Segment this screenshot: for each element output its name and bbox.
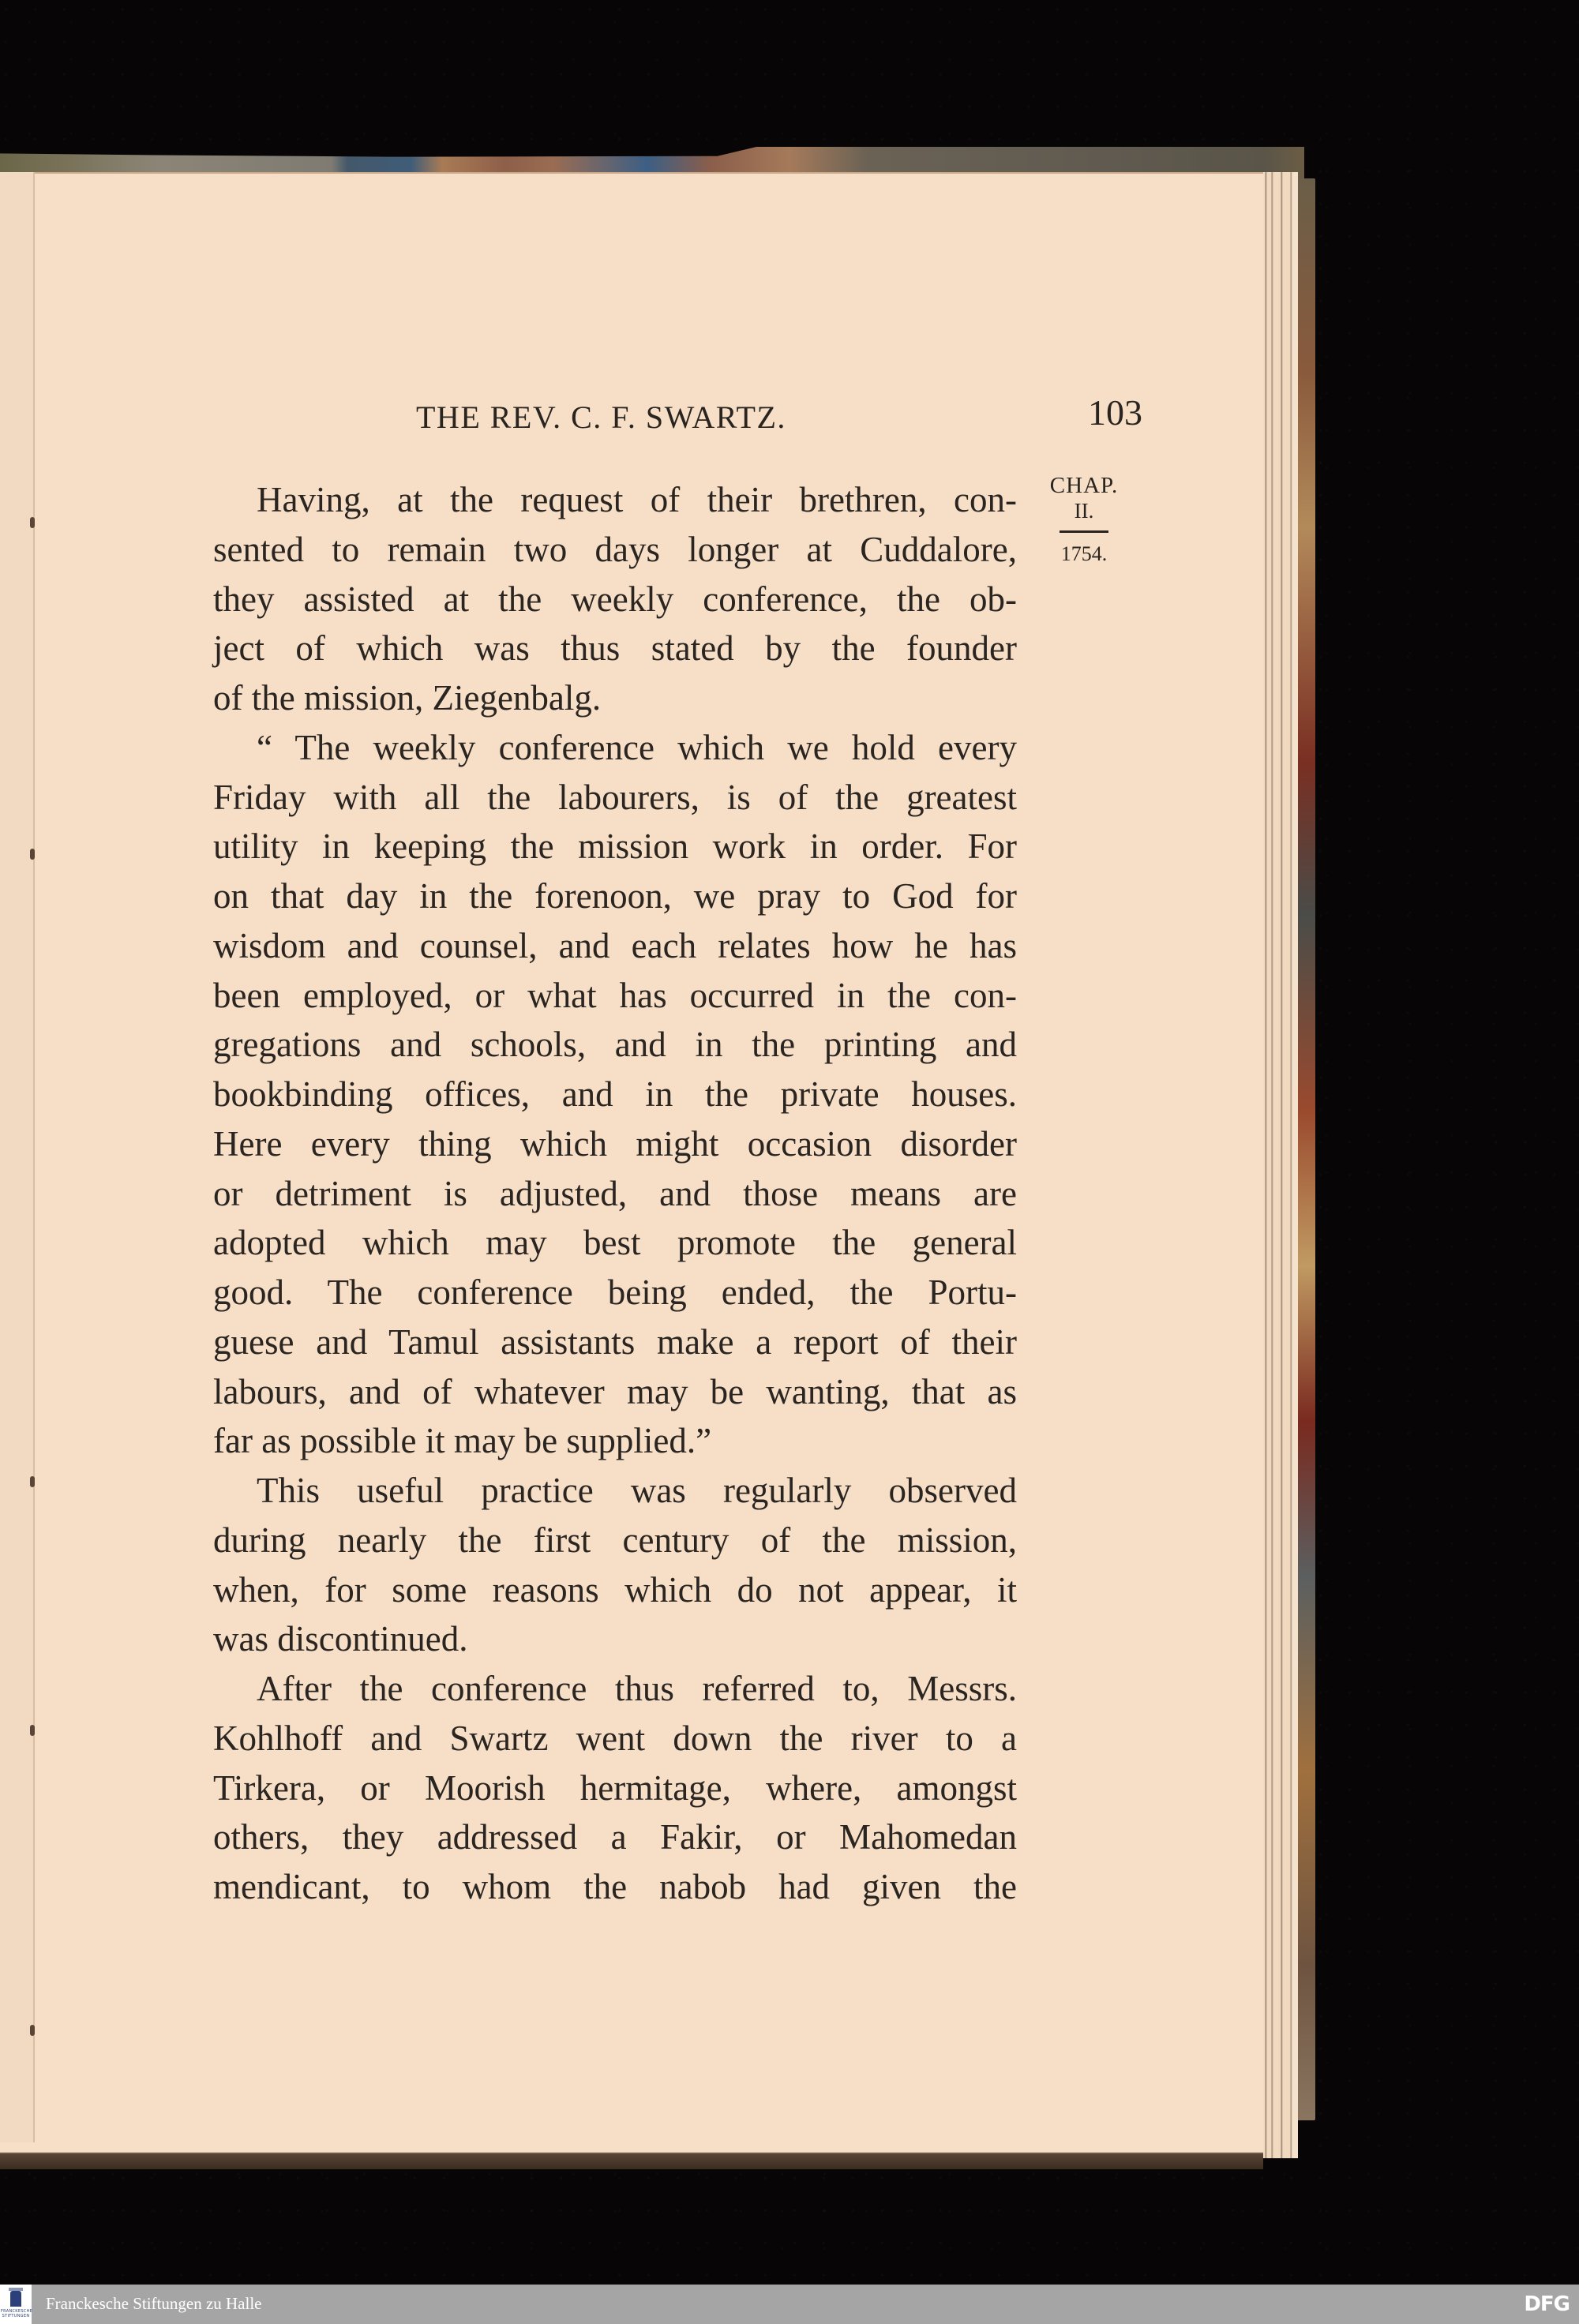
text-line: adopted which may best promote the gener… [213,1218,1017,1268]
page-stack-edges [1260,172,1298,2158]
text-line: far as possible it may be supplied.” [213,1416,1017,1466]
binding-thread-mark [30,1476,35,1487]
franckesche-stiftungen-logo-icon[interactable]: FRANCKESCHE STIFTUNGEN [0,2285,32,2324]
text-line: Here every thing which might occasion di… [213,1119,1017,1169]
text-line: others, they addressed a Fakir, or Mahom… [213,1812,1017,1862]
binding-thread-mark [30,2025,35,2036]
text-line: was discontinued. [213,1614,1017,1664]
logo-figure-shape [10,2291,21,2307]
text-line: or detriment is adjusted, and those mean… [213,1169,1017,1219]
institution-name[interactable]: Franckesche Stiftungen zu Halle [46,2294,262,2314]
binding-thread-mark [30,1725,35,1736]
text-line: Tirkera, or Moorish hermitage, where, am… [213,1764,1017,1813]
text-line: “ The weekly conference which we hold ev… [213,723,1017,773]
text-line: good. The conference being ended, the Po… [213,1268,1017,1318]
dfg-logo-icon[interactable]: DFG [1524,2292,1570,2316]
text-line: Kohlhoff and Swartz went down the river … [213,1714,1017,1764]
text-line: been employed, or what has occurred in t… [213,971,1017,1021]
text-line: guese and Tamul assistants make a report… [213,1318,1017,1367]
text-line: bookbinding offices, and in the private … [213,1070,1017,1119]
text-line: when, for some reasons which do not appe… [213,1565,1017,1615]
chapter-label: CHAP. [1041,472,1127,499]
binding-thread-mark [30,517,35,528]
footer-bar: FRANCKESCHE STIFTUNGEN Franckesche Stift… [0,2285,1579,2324]
text-line: mendicant, to whom the nabob had given t… [213,1862,1017,1912]
text-line: of the mission, Ziegenbalg. [213,673,1017,723]
text-line: on that day in the forenoon, we pray to … [213,871,1017,921]
text-line: utility in keeping the mission work in o… [213,822,1017,871]
margin-year: 1754. [1041,542,1127,566]
previous-page-edge [0,172,35,2142]
body-text: Having, at the request of their brethren… [213,475,1017,1912]
text-line: labours, and of whatever may be wanting,… [213,1367,1017,1417]
margin-note-rule [1060,530,1108,533]
text-line: ject of which was thus stated by the fou… [213,624,1017,673]
binding-thread-mark [30,849,35,860]
text-line: they assisted at the weekly conference, … [213,575,1017,624]
logo-text: FRANCKESCHE STIFTUNGEN [1,2309,31,2318]
margin-note: CHAP. II. 1754. [1041,472,1127,566]
text-line: After the conference thus referred to, M… [213,1664,1017,1714]
text-line: This useful practice was regularly obser… [213,1466,1017,1516]
chapter-number: II. [1041,499,1127,523]
text-line: during nearly the first century of the m… [213,1516,1017,1565]
text-line: wisdom and counsel, and each relates how… [213,921,1017,971]
text-line: Having, at the request of their brethren… [213,475,1017,525]
running-head: THE REV. C. F. SWARTZ. [416,399,786,436]
page-bottom-edge [0,2146,1263,2169]
page-number: 103 [1088,392,1142,433]
text-line: gregations and schools, and in the print… [213,1020,1017,1070]
text-line: Friday with all the labourers, is of the… [213,773,1017,823]
text-line: sented to remain two days longer at Cudd… [213,525,1017,575]
